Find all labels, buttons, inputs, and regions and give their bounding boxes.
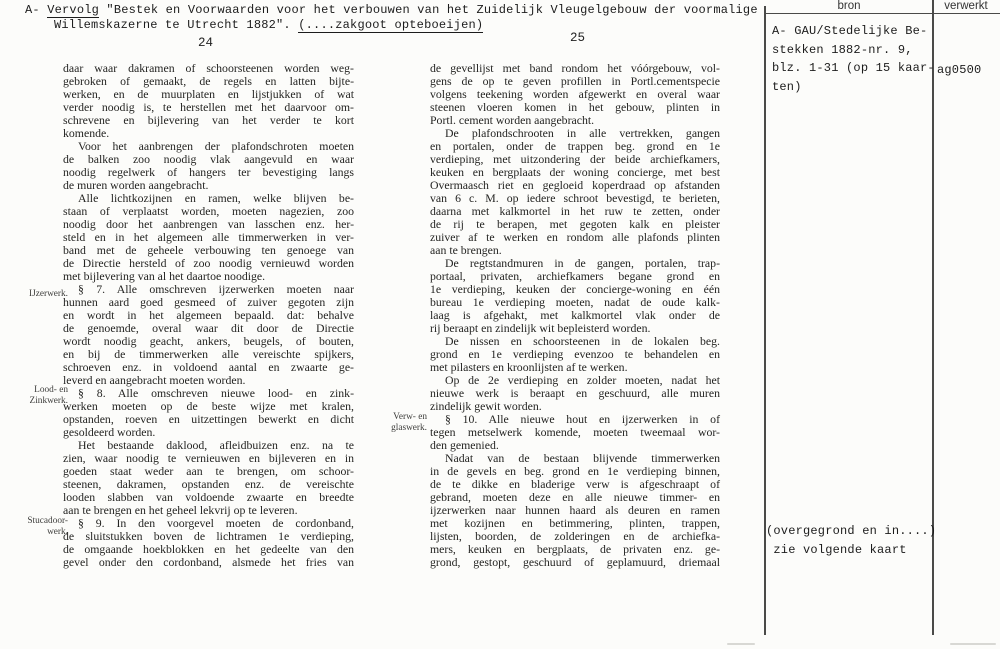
page-number-24: 24 — [198, 36, 213, 50]
card-title-line1: A- Vervolg "Bestek en Voorwaarden voor h… — [25, 3, 758, 17]
card-title-line2: Willemskazerne te Utrecht 1882". (....za… — [54, 18, 483, 32]
margin-note-stucadoorwerk: Stucadoor- werk. — [6, 516, 68, 537]
title-vervolg-underlined: Vervolg — [47, 3, 99, 18]
verwerkt-column-header: verwerkt — [933, 0, 999, 12]
scanned-archive-card: A- Vervolg "Bestek en Voorwaarden voor h… — [0, 0, 1000, 649]
margin-note-ijzerwerk: IJzerwerk. — [6, 289, 68, 300]
bron-source-entry: A- GAU/Stedelijke Be- stekken 1882-nr. 9… — [772, 22, 935, 96]
title-prefix: A- — [25, 3, 47, 17]
text-line: grond, gestopt, geschuurd of geplamuurd,… — [430, 556, 720, 569]
scan-artifact-smudge — [727, 643, 755, 645]
verwerkt-code-value: ag0500 — [937, 63, 981, 77]
page-number-25: 25 — [570, 31, 585, 45]
title-line2-note-underlined: (....zakgoot opteboeijen) — [298, 18, 483, 33]
page-24-text-column: daar waar dakramen of schoorsteenen word… — [63, 62, 354, 569]
page-25-text-column: de gevellijst met band rondom het vóórge… — [430, 62, 720, 569]
form-header-underline — [764, 13, 1000, 14]
title-rest: "Bestek en Voorwaarden voor het verbouwe… — [99, 3, 758, 17]
title-line2-text: Willemskazerne te Utrecht 1882". — [54, 18, 298, 32]
bron-continuation-note: (overgegrond en in....) zie volgende kaa… — [766, 522, 936, 560]
margin-note-lood-zinkwerk: Lood- en Zinkwerk. — [6, 385, 68, 406]
text-line: gevel onder den cordonband, alsmede het … — [63, 556, 354, 569]
margin-note-verw-glaswerk: Verw- en glaswerk. — [365, 412, 427, 433]
scan-artifact-smudge — [950, 643, 996, 645]
bron-column-header: bron — [765, 0, 933, 12]
